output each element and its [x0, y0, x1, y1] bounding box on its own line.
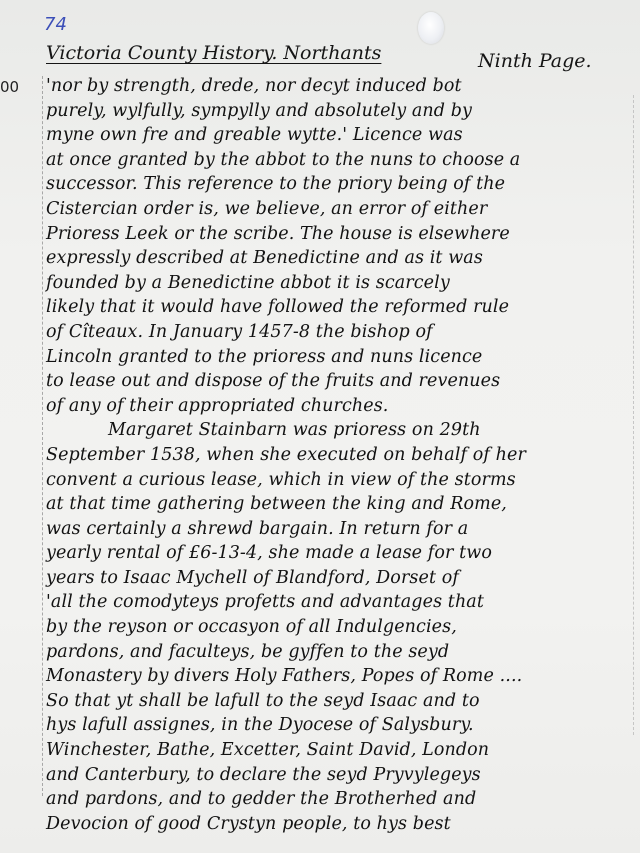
manuscript-page: 74 00 Victoria County History. Northants… — [0, 0, 640, 853]
text-line: expressly described at Benedictine and a… — [46, 246, 626, 271]
text-line: founded by a Benedictine abbot it is sca… — [46, 271, 626, 296]
text-line: convent a curious lease, which in view o… — [46, 468, 626, 493]
text-line: and Canterbury, to declare the seyd Pryv… — [46, 763, 626, 788]
text-line: at that time gathering between the king … — [46, 492, 626, 517]
text-line: myne own fre and greable wytte.' Licence… — [46, 123, 626, 148]
text-line: 'all the comodyteys profetts and advanta… — [46, 590, 626, 615]
hole-punch — [418, 12, 444, 44]
text-line: September 1538, when she executed on beh… — [46, 443, 626, 468]
right-margin-line — [633, 95, 634, 735]
text-line: years to Isaac Mychell of Blandford, Dor… — [46, 566, 626, 591]
text-line: purely, wylfully, sympylly and absolutel… — [46, 99, 626, 124]
text-line: Winchester, Bathe, Excetter, Saint David… — [46, 738, 626, 763]
header-title: Victoria County History. Northants — [46, 42, 381, 64]
folio-number: 74 — [44, 14, 67, 35]
handwritten-body-text: 'nor by strength, drede, nor decyt induc… — [46, 74, 626, 836]
text-line: of Cîteaux. In January 1457-8 the bishop… — [46, 320, 626, 345]
text-line: was certainly a shrewd bargain. In retur… — [46, 517, 626, 542]
text-line: Monastery by divers Holy Fathers, Popes … — [46, 664, 626, 689]
text-line: by the reyson or occasyon of all Indulge… — [46, 615, 626, 640]
text-line: of any of their appropriated churches. — [46, 394, 626, 419]
left-margin-line — [42, 76, 43, 796]
text-line: successor. This reference to the priory … — [46, 172, 626, 197]
text-line: pardons, and faculteys, be gyffen to the… — [46, 640, 626, 665]
text-line: Prioress Leek or the scribe. The house i… — [46, 222, 626, 247]
text-line: likely that it would have followed the r… — [46, 295, 626, 320]
text-line: Margaret Stainbarn was prioress on 29th — [46, 418, 626, 443]
text-line: hys lafull assignes, in the Dyocese of S… — [46, 713, 626, 738]
text-line: Lincoln granted to the prioress and nuns… — [46, 345, 626, 370]
text-line: and pardons, and to gedder the Brotherhe… — [46, 787, 626, 812]
text-line: yearly rental of £6-13-4, she made a lea… — [46, 541, 626, 566]
text-line: 'nor by strength, drede, nor decyt induc… — [46, 74, 626, 99]
text-line: Devocion of good Crystyn people, to hys … — [46, 812, 626, 837]
margin-note: 00 — [0, 78, 19, 96]
text-line: at once granted by the abbot to the nuns… — [46, 148, 626, 173]
page-label: Ninth Page. — [478, 50, 592, 72]
text-line: to lease out and dispose of the fruits a… — [46, 369, 626, 394]
text-line: Cistercian order is, we believe, an erro… — [46, 197, 626, 222]
text-line: So that yt shall be lafull to the seyd I… — [46, 689, 626, 714]
